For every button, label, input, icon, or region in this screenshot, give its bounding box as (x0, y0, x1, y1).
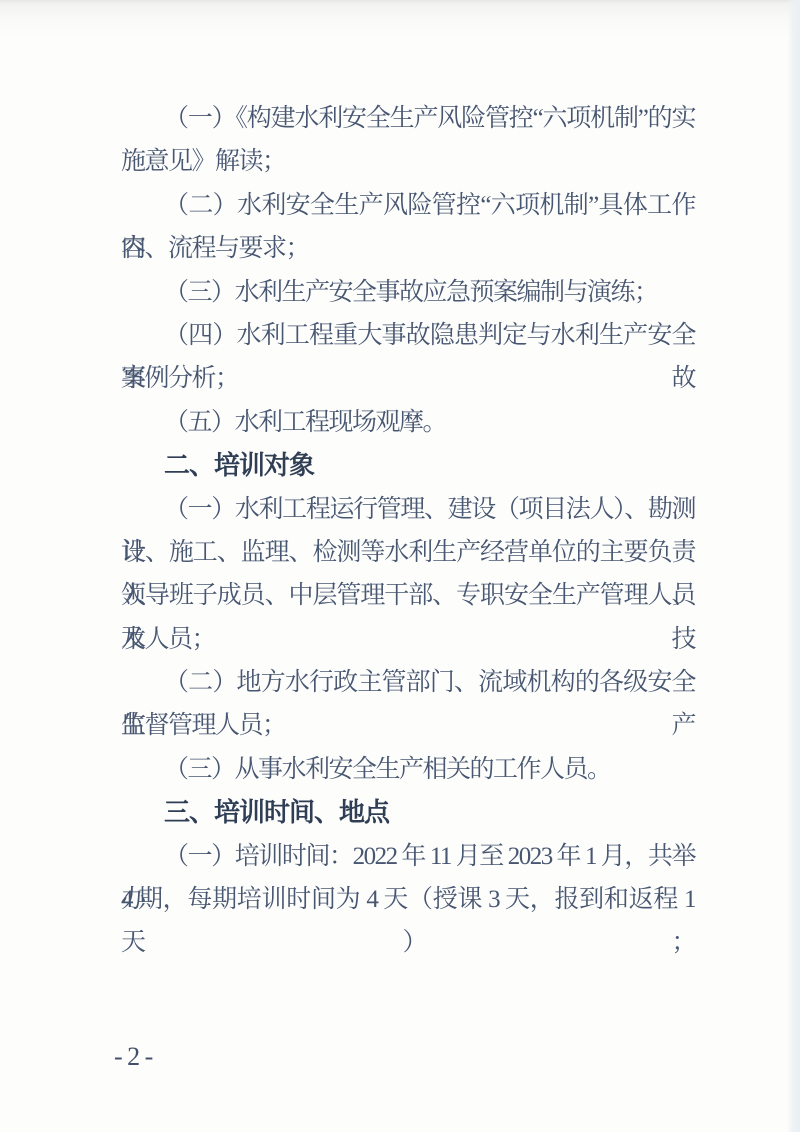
text-line: 施意见》解读； (121, 140, 695, 183)
document-page: （一）《构建水利安全生产风险管控“六项机制”的实施意见》解读；（二）水利安全生产… (0, 0, 800, 1132)
text-line: （一）培训时间：2022 年 11 月至 2023 年 1 月，共举办 (121, 835, 695, 878)
page-number: - 2 - (114, 1041, 152, 1073)
text-line: （二）地方水行政主管部门、流域机构的各级安全生产 (121, 661, 695, 704)
text-line: （一）《构建水利安全生产风险管控“六项机制”的实 (121, 97, 695, 140)
text-line: （三）水利生产安全事故应急预案编制与演练； (121, 271, 695, 314)
text-line: 计、施工、监理、检测等水利生产经营单位的主要负责人、 (121, 531, 695, 574)
document-body: （一）《构建水利安全生产风险管控“六项机制”的实施意见》解读；（二）水利安全生产… (121, 97, 695, 921)
text-line: （五）水利工程现场观摩。 (121, 401, 695, 444)
text-line: （三）从事水利安全生产相关的工作人员。 (121, 748, 695, 791)
section-heading: 二、培训对象 (121, 444, 695, 487)
scan-top-shadow (0, 0, 800, 38)
text-line: 4 期，每期培训时间为 4 天（授课 3 天，报到和返程 1 天）； (121, 878, 695, 921)
section-heading: 三、培训时间、地点 (121, 791, 695, 834)
text-line: （四）水利工程重大事故隐患判定与水利生产安全事故 (121, 314, 695, 357)
text-line: （二）水利安全生产风险管控“六项机制”具体工作内 (121, 184, 695, 227)
text-line: 容、流程与要求； (121, 227, 695, 270)
text-line: （一）水利工程运行管理、建设（项目法人）、勘测设 (121, 488, 695, 531)
scan-right-shadow (787, 0, 800, 1132)
text-line: 领导班子成员、中层管理干部、专职安全生产管理人员及技 (121, 574, 695, 617)
